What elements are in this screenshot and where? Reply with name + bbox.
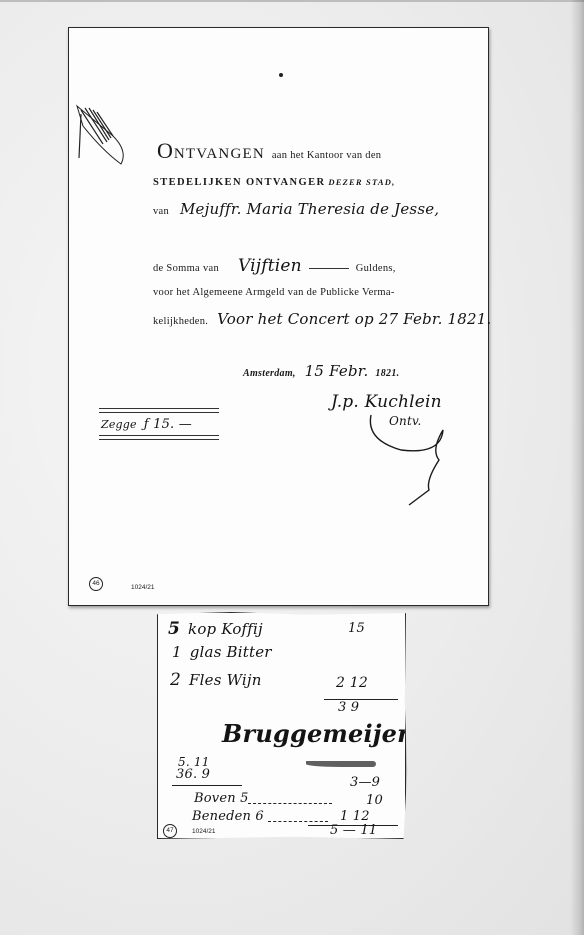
heading-initial: O xyxy=(157,138,174,163)
receipt-line-purpose: voor het Algemeene Armgeld van de Public… xyxy=(153,287,395,298)
row-amount: 15 xyxy=(348,621,365,636)
folio-number-stamp: 46 xyxy=(89,577,103,591)
receiver-signature: J.p. Kuchlein Ontv. xyxy=(331,390,461,510)
receipt-heading: ONTVANGEN aan het Kantoor van den xyxy=(157,138,381,164)
row-qty: 2 xyxy=(170,670,181,690)
upstairs-label: Boven 5 xyxy=(194,791,249,806)
subtotal-rule xyxy=(324,699,398,700)
side-calc-rule xyxy=(172,785,242,786)
place-label: Amsterdam, xyxy=(243,368,296,379)
row-qty: 1 xyxy=(172,643,182,661)
signature-flourish-icon xyxy=(331,390,461,510)
folio-number-stamp: 47 xyxy=(163,824,177,838)
amount-words-handwritten: Vijftien xyxy=(238,256,302,276)
date-handwritten: 15 Febr. xyxy=(305,362,369,380)
receipt-line-payer: van Mejuffr. Maria Theresia de Jesse, xyxy=(153,200,439,218)
office-tail: DEZER STAD, xyxy=(328,177,395,187)
archive-reference: 1024/21 xyxy=(192,828,216,835)
pen-flourish-icon xyxy=(73,96,133,166)
total-amount: 5 — 11 xyxy=(330,823,377,838)
payer-prefix: van xyxy=(153,206,169,217)
row-item: Fles Wijn xyxy=(189,671,262,689)
sum-rule-bottom xyxy=(99,435,219,440)
slip-row-3: 2 Fles Wijn xyxy=(170,670,262,690)
row-item: kop Koffij xyxy=(188,620,263,638)
sum-text: Zegge ƒ 15. — xyxy=(101,417,192,432)
date-year: 1821. xyxy=(375,368,399,379)
sum-label: Zegge xyxy=(101,418,137,431)
receipt-line-amount: de Somma van Vijftien Guldens, xyxy=(153,256,396,276)
ink-dot xyxy=(279,73,283,77)
leader-dashes xyxy=(248,803,332,804)
office-caps: STEDELIJKEN ONTVANGER xyxy=(153,177,325,188)
scan-right-shadow xyxy=(570,0,584,935)
receipt-place-date: Amsterdam, 15 Febr. 1821. xyxy=(243,362,399,380)
row-amount: 2 12 xyxy=(336,675,368,691)
downstairs-amount: 1 12 xyxy=(340,809,370,824)
leader-dashes xyxy=(268,821,328,822)
bill-slip: 5 kop Koffij 15 1 glas Bitter 2 Fles Wij… xyxy=(157,612,406,839)
receipt-line-office: STEDELIJKEN ONTVANGER DEZER STAD, xyxy=(153,177,395,188)
row-qty: 5 xyxy=(168,619,180,639)
payer-name-handwritten: Mejuffr. Maria Theresia de Jesse, xyxy=(180,200,439,218)
sum-value: ƒ 15. — xyxy=(144,417,192,432)
ink-smear xyxy=(306,761,376,767)
downstairs-label: Beneden 6 xyxy=(192,809,264,824)
row-item: glas Bitter xyxy=(190,643,272,661)
slip-row-2: 1 glas Bitter xyxy=(172,643,272,662)
sum-box: Zegge ƒ 15. — xyxy=(99,408,219,442)
sum-rule-top xyxy=(99,408,219,413)
amount-suffix: Guldens, xyxy=(356,263,396,274)
subtotal: 3 9 xyxy=(338,700,359,715)
occasion-prefix: kelijkheden. xyxy=(153,316,208,327)
receipt-line-occasion: kelijkheden. Voor het Concert op 27 Febr… xyxy=(153,310,491,328)
upstairs-amount: 10 xyxy=(366,793,383,808)
carried-amount: 3—9 xyxy=(350,775,380,790)
occasion-handwritten: Voor het Concert op 27 Febr. 1821. xyxy=(217,310,491,328)
slip-row-1: 5 kop Koffij xyxy=(168,619,263,639)
archive-reference: 1024/21 xyxy=(131,584,155,591)
scan-top-edge xyxy=(0,0,584,2)
heading-word: NTVANGEN xyxy=(174,146,265,162)
side-calculation-2: 36. 9 xyxy=(176,767,210,782)
receipt-document: ONTVANGEN aan het Kantoor van den STEDEL… xyxy=(68,27,489,606)
heading-tail: aan het Kantoor van den xyxy=(272,150,382,161)
amount-prefix: de Somma van xyxy=(153,263,219,274)
proprietor-signature: Bruggemeijer xyxy=(222,719,410,748)
